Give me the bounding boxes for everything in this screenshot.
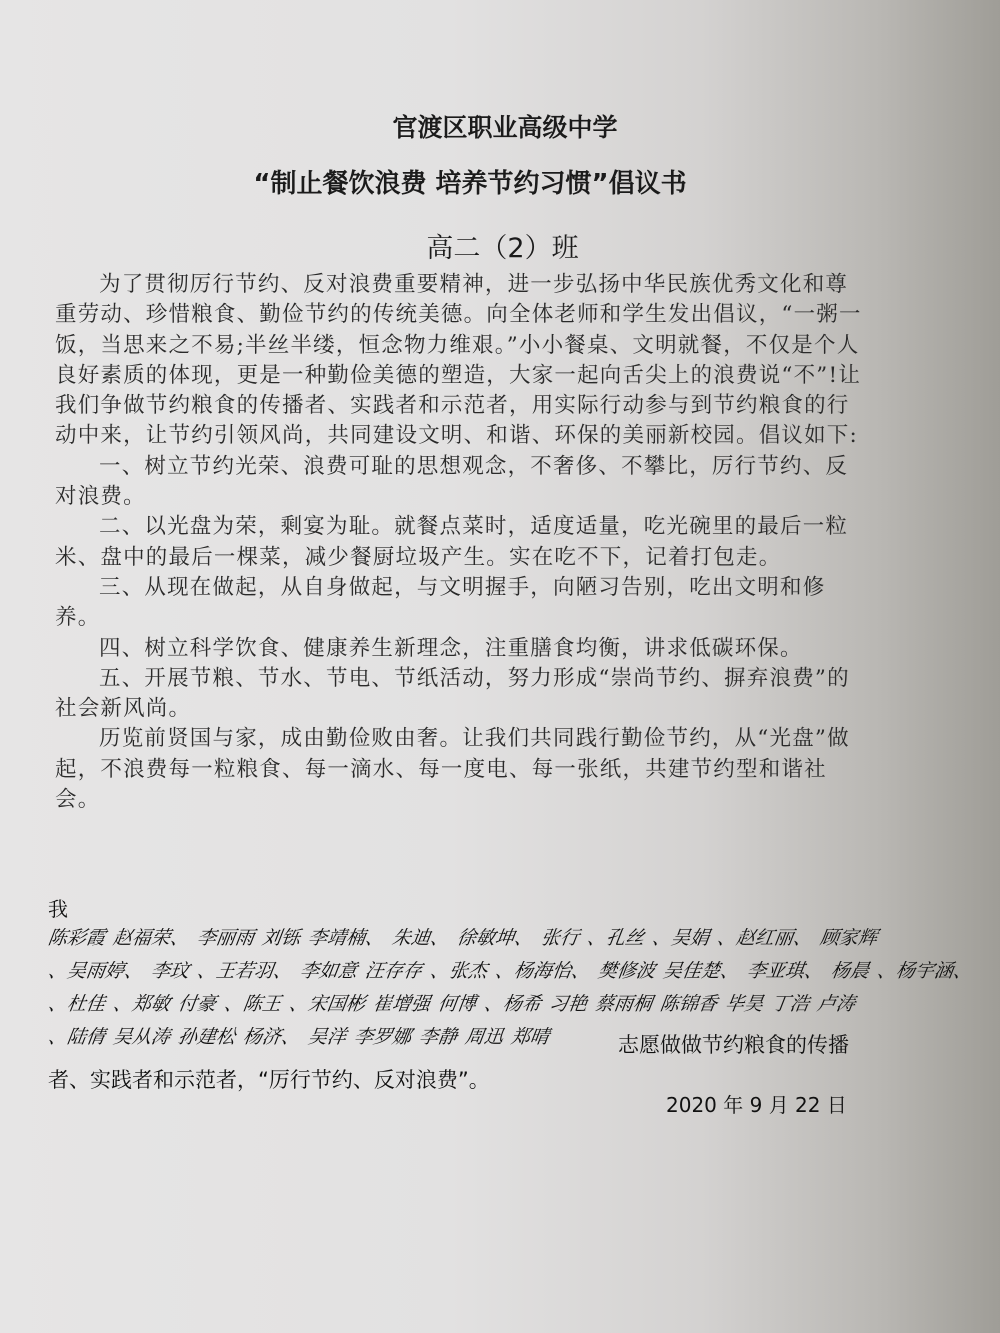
handwritten-signature: 、杨海怡、 [493,955,593,988]
signature-line-1: 陈彩霞赵福荣、李丽雨刘铄李靖楠、朱迪、徐敏坤、张行、孔丝、吴娟、赵红丽、顾家辉 [48,922,988,955]
pledge-text: 志愿做做节约粮食的传播 者、实践者和示范者，“厉行节约、反对浪费”。 [48,1028,928,1098]
intro-paragraph: 为了贯彻厉行节约、反对浪费重要精神，进一步弘扬中华民族优秀文化和尊重劳动、珍惜粮… [55,270,865,452]
handwritten-signature: 、陈王 [222,988,284,1021]
signature-intro: 我 [48,893,988,922]
handwritten-signature: 、杨宇涵、 [875,955,975,988]
handwritten-signature: 赵福荣、 [111,922,192,955]
handwritten-signature: 李玟 [149,955,192,988]
proposal-document: 官渡区职业高级中学 “制止餐饮浪费 培养节约习惯”倡议书 高二（2）班 为了贯彻… [0,0,1000,1333]
handwritten-signature: 、张杰 [428,955,490,988]
handwritten-signature: 樊修波 [596,955,658,988]
handwritten-signature: 丁浩 [769,988,812,1021]
handwritten-signature: 、宋国彬 [287,988,368,1021]
handwritten-signature: 陈彩霞 [48,922,107,955]
proposal-item-4: 四、树立科学饮食、健康养生新理念，注重膳食均衡，讲求低碳环保。 [55,634,865,664]
handwritten-signature: 、吴雨婷、 [48,955,145,988]
handwritten-signature: 张行 [539,922,582,955]
handwritten-signature: 朱迪、 [390,922,452,955]
handwritten-signature: 李丽雨 [195,922,257,955]
handwritten-signature: 刘铄 [260,922,303,955]
signature-line-3: 、杜佳、郑敏付豪、陈王、宋国彬崔增强何博、杨希习艳蔡雨桐陈锦香毕昊丁浩卢涛 [48,988,988,1021]
handwritten-signature: 何博 [436,988,479,1021]
handwritten-signature: 蔡雨桐 [593,988,655,1021]
handwritten-signature: 李靖楠、 [306,922,387,955]
handwritten-signature: 卢涛 [815,988,858,1021]
handwritten-signature: 习艳 [547,988,590,1021]
handwritten-signature: 崔增强 [371,988,433,1021]
handwritten-signature: 陈锦香 [658,988,720,1021]
pledge-tail: 者、实践者和示范者，“厉行节约、反对浪费”。 [48,1068,490,1092]
handwritten-signature: 、孔丝 [585,922,647,955]
handwritten-signature: 、赵红丽、 [715,922,815,955]
class-name: 高二（2）班 [0,226,1000,265]
proposal-item-1: 一、树立节约光荣、浪费可耻的思想观念，不奢侈、不攀比，厉行节约、反对浪费。 [55,452,865,513]
handwritten-signature: 吴佳楚、 [661,955,742,988]
signature-line-2: 、吴雨婷、李玟、王若羽、李如意汪存存、张杰、杨海怡、樊修波吴佳楚、李亚琪、杨晨、… [48,955,988,988]
handwritten-signature: 、郑敏 [111,988,173,1021]
proposal-body: 为了贯彻厉行节约、反对浪费重要精神，进一步弘扬中华民族优秀文化和尊重劳动、珍惜粮… [55,270,865,815]
handwritten-signature: 李亚琪、 [745,955,826,988]
proposal-item-2: 二、以光盘为荣，剩宴为耻。就餐点菜时，适度适量，吃光碗里的最后一粒米、盘中的最后… [55,512,865,573]
proposal-item-5: 五、开展节粮、节水、节电、节纸活动，努力形成“崇尚节约、摒弃浪费”的社会新风尚。 [55,664,865,725]
proposal-item-3: 三、从现在做起，从自身做起，与文明握手，向陋习告别，吃出文明和修养。 [55,573,865,634]
conclusion-paragraph: 历览前贤国与家，成由勤俭败由奢。让我们共同践行勤俭节约，从“光盘”做起，不浪费每… [55,724,865,815]
handwritten-signature: 杨晨 [829,955,872,988]
document-date: 2020 年 9 月 22 日 [666,1089,847,1118]
handwritten-signature: 、王若羽、 [195,955,295,988]
handwritten-signature: 毕昊 [723,988,766,1021]
handwritten-signature: 汪存存 [363,955,425,988]
document-title: “制止餐饮浪费 培养节约习惯”倡议书 [0,163,1000,200]
school-name: 官渡区职业高级中学 [0,108,1000,144]
handwritten-signature: 、杜佳 [48,988,107,1021]
handwritten-signature: 李如意 [298,955,360,988]
handwritten-signature: 、吴娟 [650,922,712,955]
handwritten-signature: 付豪 [176,988,219,1021]
pledge-lead: 志愿做做节约粮食的传播 [618,1028,849,1063]
handwritten-signature: 顾家辉 [818,922,880,955]
handwritten-signature: 、杨希 [482,988,544,1021]
handwritten-signature: 徐敏坤、 [455,922,536,955]
